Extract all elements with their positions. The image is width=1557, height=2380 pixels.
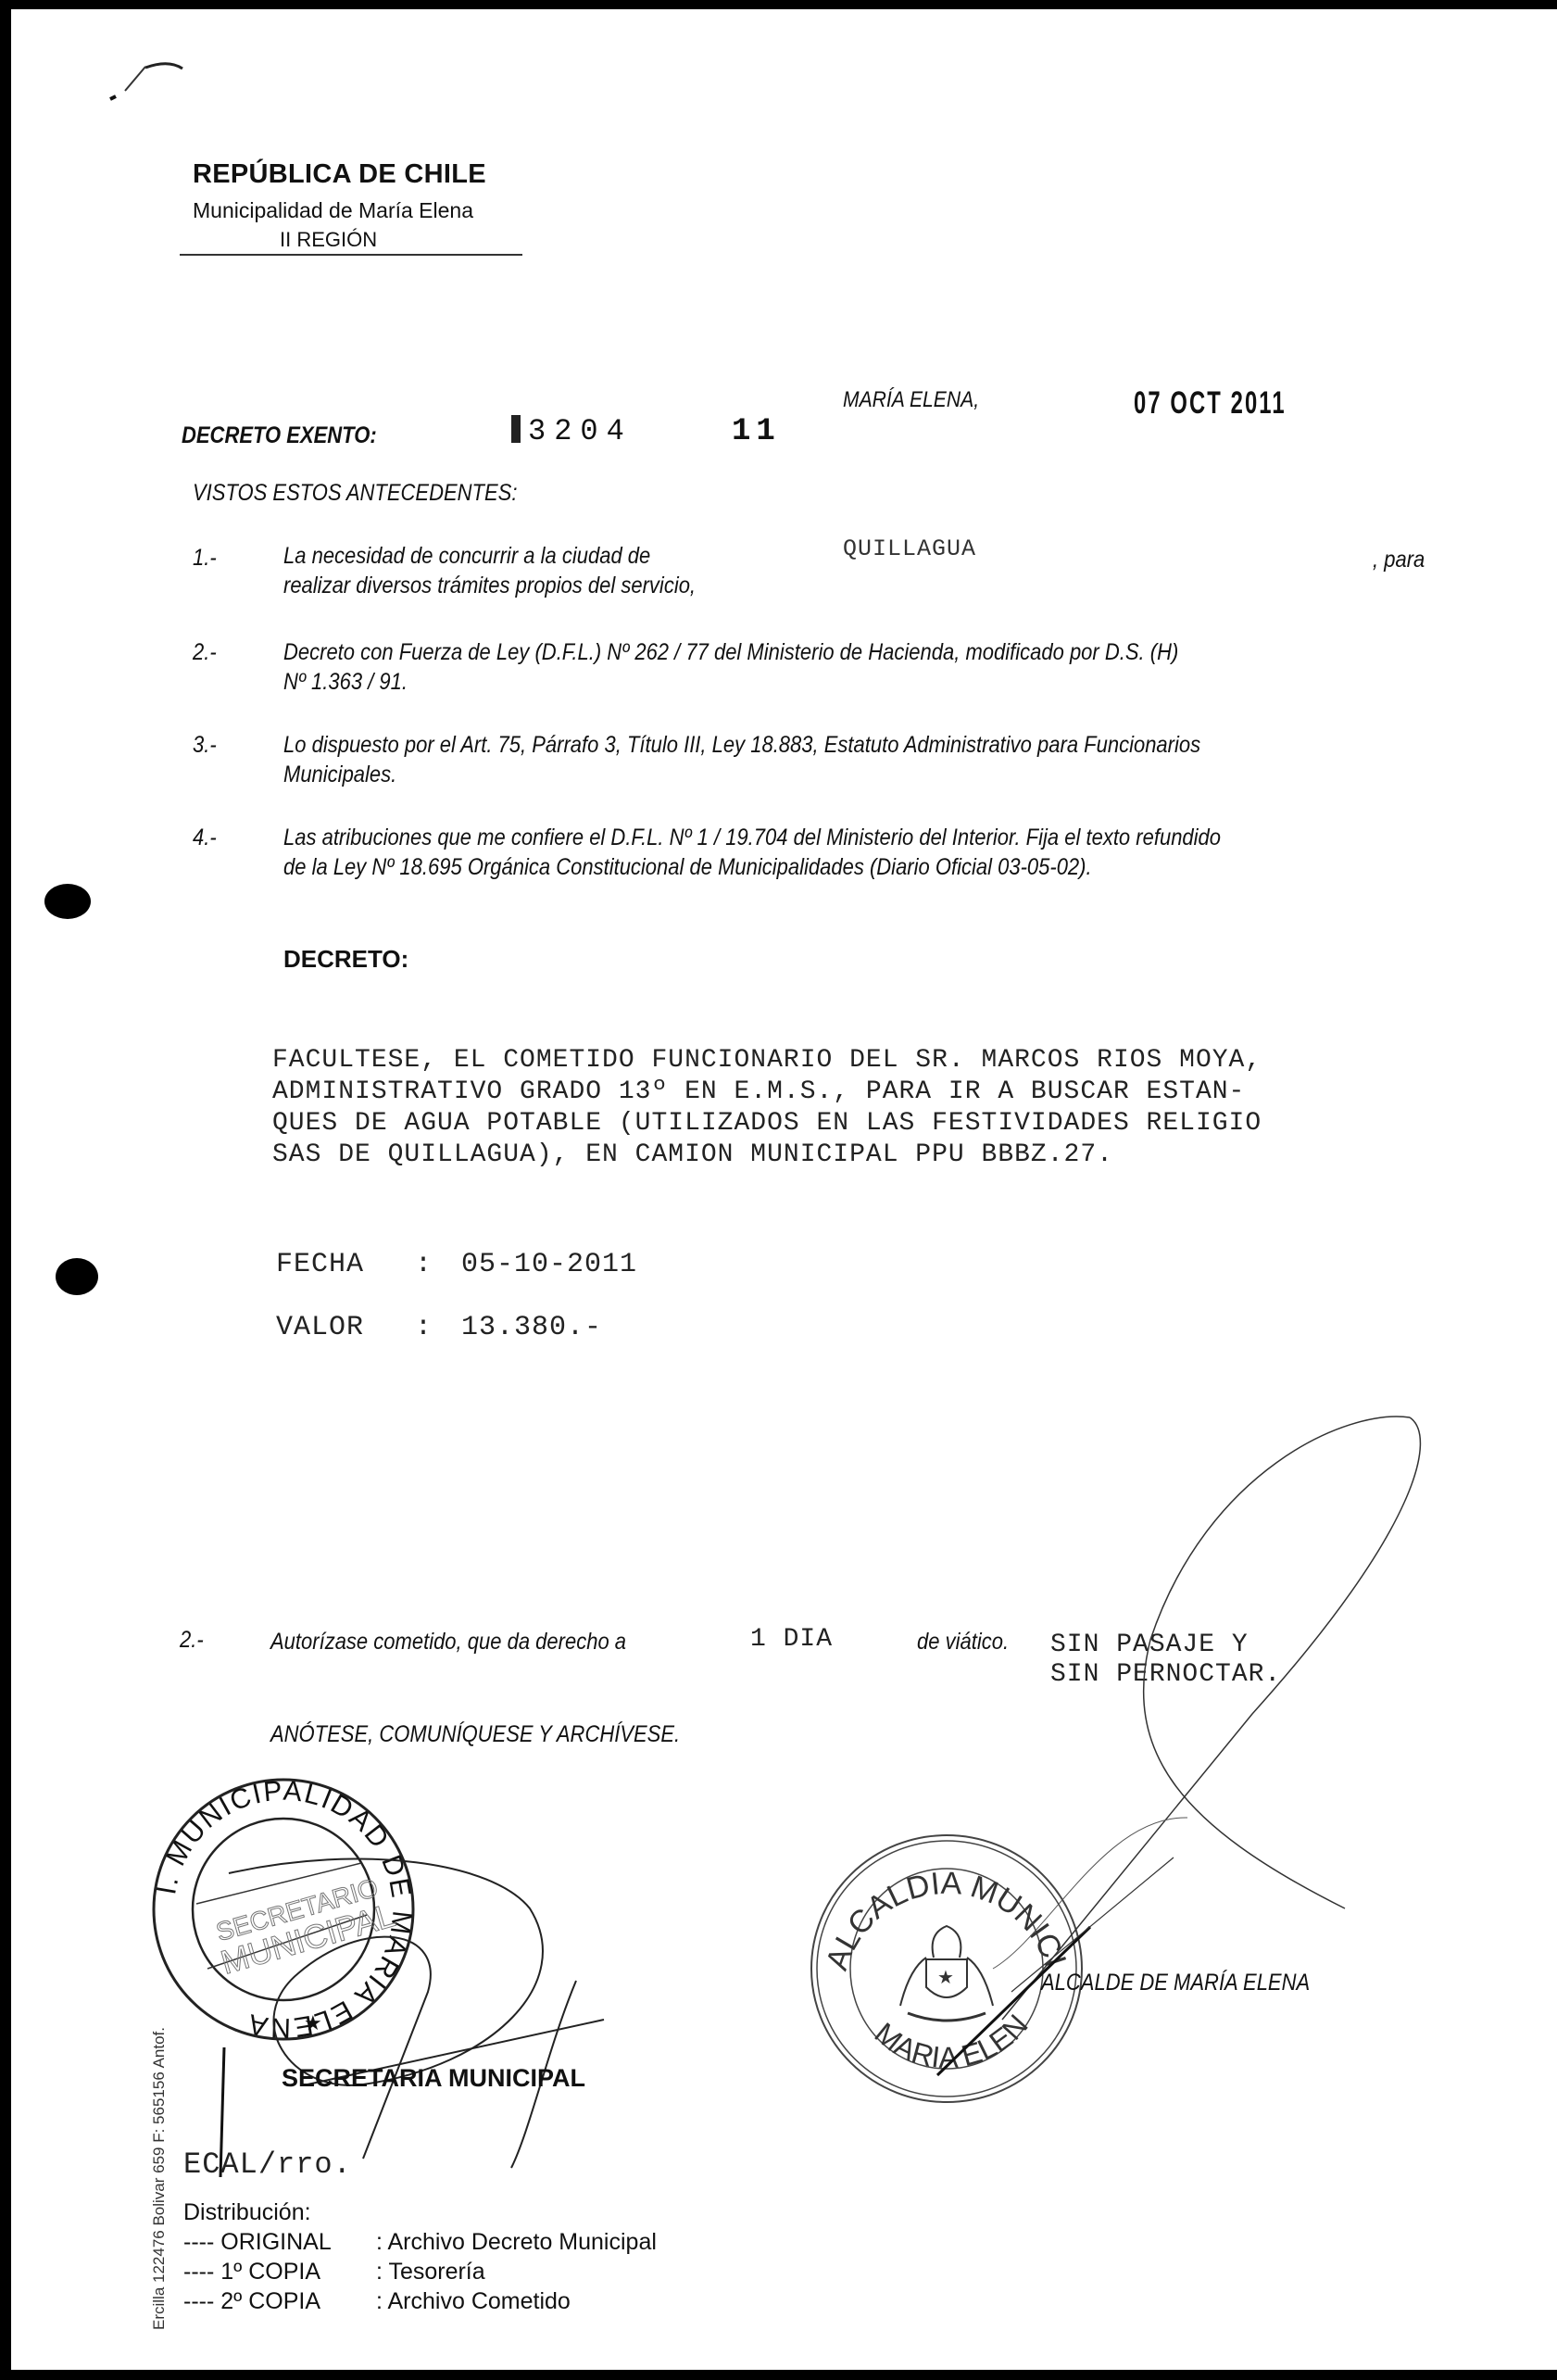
vistos-item-1-line1: La necesidad de concurrir a la ciudad de bbox=[283, 541, 700, 571]
decreto-body-line-3: QUES DE AGUA POTABLE (UTILIZADOS EN LAS … bbox=[272, 1108, 1262, 1140]
point2-note-line1: SIN PASAJE Y bbox=[1050, 1631, 1249, 1659]
vistos-item-3-line2: Municipales. bbox=[283, 760, 412, 789]
secretaria-seal-icon: I. MUNICIPALIDAD DE MARIA ELENA SECRETAR… bbox=[148, 1774, 419, 2045]
field-valor-value: 13.380.- bbox=[461, 1312, 602, 1343]
distribution-row: ---- 2º COPIA : Archivo Cometido bbox=[183, 2286, 657, 2316]
vistos-item-2-line1: Decreto con Fuerza de Ley (D.F.L.) Nº 26… bbox=[283, 637, 1300, 667]
decreto-body-line-2: ADMINISTRATIVO GRADO 13º EN E.M.S., PARA… bbox=[272, 1077, 1245, 1108]
distribution-row: ---- ORIGINAL : Archivo Decreto Municipa… bbox=[183, 2227, 657, 2257]
vistos-item-1-suffix: , para bbox=[1373, 545, 1432, 574]
secretaria-caption: SECRETARIA MUNICIPAL bbox=[282, 2064, 585, 2093]
field-valor-sep: : bbox=[415, 1312, 433, 1343]
vistos-item-1-number: 1.- bbox=[193, 545, 220, 572]
header-divider bbox=[180, 254, 522, 256]
decree-year: 11 bbox=[732, 414, 781, 449]
field-valor-label: VALOR bbox=[276, 1312, 364, 1343]
point2-after: de viático. bbox=[917, 1627, 1022, 1656]
distribution-row: ---- 1º COPIA : Tesorería bbox=[183, 2257, 657, 2286]
vistos-item-2-number: 2.- bbox=[193, 639, 220, 666]
decree-page: REPÚBLICA DE CHILE Municipalidad de Marí… bbox=[11, 9, 1557, 2370]
punch-hole-top bbox=[44, 884, 91, 919]
scan-mark-icon bbox=[99, 54, 210, 109]
field-fecha-sep: : bbox=[415, 1249, 433, 1280]
vistos-item-3-number: 3.- bbox=[193, 732, 220, 759]
distribution-block: Distribución: ---- ORIGINAL : Archivo De… bbox=[183, 2197, 657, 2316]
decreto-body-line-4: SAS DE QUILLAGUA), EN CAMION MUNICIPAL P… bbox=[272, 1140, 1113, 1171]
alcaldia-seal-icon: ALCALDIA MUNICIPAL MARIA ELENA ★ bbox=[808, 1830, 1086, 2108]
svg-text:★: ★ bbox=[304, 2011, 322, 2034]
point2-text: Autorízase cometido, que da derecho a bbox=[270, 1627, 674, 1656]
decreto-body-line-1: FACULTESE, EL COMETIDO FUNCIONARIO DEL S… bbox=[272, 1045, 1262, 1077]
decree-label: DECRETO EXENTO: bbox=[182, 422, 403, 449]
closing-formula: ANÓTESE, COMUNÍQUESE Y ARCHÍVESE. bbox=[270, 1719, 735, 1749]
decree-number: 3204 bbox=[511, 414, 633, 448]
vistos-item-4-line1: Las atribuciones que me confiere el D.F.… bbox=[283, 823, 1349, 852]
vistos-item-4-line2: de la Ley Nº 18.695 Orgánica Constitucio… bbox=[283, 852, 1202, 882]
decree-place: MARÍA ELENA, bbox=[843, 387, 998, 413]
vistos-item-4-number: 4.- bbox=[193, 825, 220, 851]
decreto-heading: DECRETO: bbox=[283, 945, 408, 974]
printer-imprint: Ercilla 122476 Bolivar 659 F: 565156 Ant… bbox=[150, 2027, 169, 2330]
point2-number: 2.- bbox=[180, 1627, 207, 1654]
point2-days: 1 DIA bbox=[750, 1625, 833, 1654]
svg-text:★: ★ bbox=[937, 1968, 954, 1988]
initials: ECAL/rro. bbox=[183, 2147, 352, 2182]
vistos-item-1-city: QUILLAGUA bbox=[843, 535, 976, 562]
vistos-item-3-line1: Lo dispuesto por el Art. 75, Párrafo 3, … bbox=[283, 730, 1325, 760]
alcalde-caption: ALCALDE DE MARÍA ELENA bbox=[1041, 1970, 1347, 1996]
vistos-item-2-line2: Nº 1.363 / 91. bbox=[283, 667, 424, 697]
date-stamp: 07 OCT 2011 bbox=[1134, 385, 1287, 422]
field-fecha-label: FECHA bbox=[276, 1249, 364, 1280]
vistos-item-1-line2: realizar diversos trámites propios del s… bbox=[283, 571, 752, 600]
point2-note-line2: SIN PERNOCTAR. bbox=[1050, 1660, 1281, 1689]
punch-hole-bottom bbox=[56, 1258, 98, 1295]
distribution-heading: Distribución: bbox=[183, 2197, 657, 2227]
header-country: REPÚBLICA DE CHILE bbox=[193, 159, 486, 190]
svg-text:ALCALDIA MUNICIPAL: ALCALDIA MUNICIPAL bbox=[808, 1830, 1073, 1974]
header-region: II REGIÓN bbox=[280, 228, 377, 252]
header-municipality: Municipalidad de María Elena bbox=[193, 198, 473, 223]
field-fecha-value: 05-10-2011 bbox=[461, 1249, 637, 1280]
vistos-heading: VISTOS ESTOS ANTECEDENTES: bbox=[193, 480, 561, 507]
